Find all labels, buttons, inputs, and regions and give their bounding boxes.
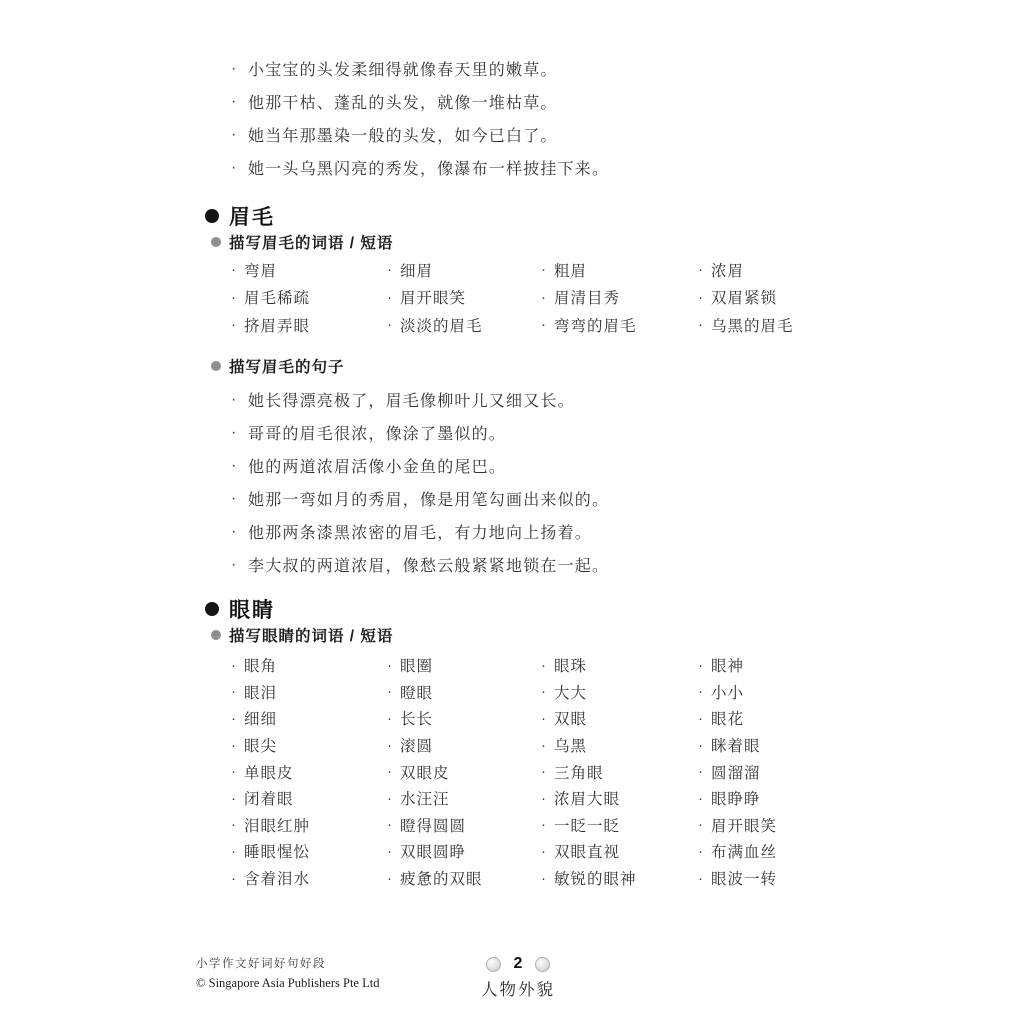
- bullet-icon: ·: [387, 738, 400, 753]
- list-item: · 他的两道浓眉活像小金鱼的尾巴。: [231, 449, 609, 482]
- bullet-icon: ·: [541, 764, 554, 779]
- word-item: ·瞪得圆圆: [387, 812, 541, 839]
- bullet-icon: ·: [698, 317, 711, 332]
- word-text: 眉开眼笑: [400, 286, 466, 308]
- word-text: 眉清目秀: [554, 286, 620, 308]
- word-text: 双眼: [554, 707, 587, 729]
- word-text: 粗眉: [554, 259, 587, 281]
- bullet-icon: ·: [231, 844, 244, 859]
- word-item: ·疲惫的双眼: [387, 865, 541, 892]
- footer-imprint: 小学作文好词好句好段 © Singapore Asia Publishers P…: [196, 955, 379, 991]
- word-item: ·眉清目秀: [541, 284, 698, 312]
- bullet-icon: ·: [387, 684, 400, 699]
- word-item: ·眉毛稀疏: [231, 284, 387, 312]
- chapter-tab-label: 人物外貌: [481, 976, 555, 1000]
- word-text: 双眼皮: [400, 761, 450, 783]
- word-item: ·挤眉弄眼: [231, 311, 387, 339]
- list-item: · 她一头乌黑闪亮的秀发，像瀑布一样披挂下来。: [231, 151, 609, 184]
- bullet-icon: ·: [541, 817, 554, 832]
- bullet-icon: ·: [231, 425, 248, 441]
- subsection-dot-icon: [211, 630, 221, 640]
- word-text: 敏锐的眼神: [554, 867, 637, 889]
- copyright-notice: © Singapore Asia Publishers Pte Ltd: [196, 976, 379, 991]
- section-dot-icon: [205, 209, 219, 223]
- bullet-icon: ·: [698, 290, 711, 305]
- word-item: ·眼角: [231, 652, 387, 679]
- word-item: ·小小: [698, 679, 858, 706]
- word-item: ·弯弯的眉毛: [541, 311, 698, 339]
- word-item: ·含着泪水: [231, 865, 387, 892]
- subheading-text: 描写眉毛的句子: [229, 355, 345, 377]
- word-item: ·敏锐的眼神: [541, 865, 698, 892]
- word-text: 眉毛稀疏: [244, 286, 310, 308]
- bullet-icon: ·: [387, 262, 400, 277]
- word-item: ·乌黑的眉毛: [698, 311, 858, 339]
- word-item: ·滚圆: [387, 732, 541, 759]
- bullet-icon: ·: [541, 844, 554, 859]
- bullet-icon: ·: [231, 684, 244, 699]
- word-item: ·单眼皮: [231, 758, 387, 785]
- bullet-icon: ·: [231, 160, 248, 176]
- bullet-icon: ·: [231, 817, 244, 832]
- word-text: 圆溜溜: [711, 761, 761, 783]
- word-item: ·眼花: [698, 705, 858, 732]
- word-item: ·布满血丝: [698, 838, 858, 865]
- word-item: ·眼睁睁: [698, 785, 858, 812]
- word-item: ·双眉紧锁: [698, 284, 858, 312]
- word-item: ·乌黑: [541, 732, 698, 759]
- bullet-icon: ·: [231, 658, 244, 673]
- bullet-icon: ·: [541, 290, 554, 305]
- word-text: 水汪汪: [400, 787, 450, 809]
- list-item: · 他那干枯、蓬乱的头发，就像一堆枯草。: [231, 85, 609, 118]
- section-title-text: 眼睛: [229, 594, 275, 624]
- word-item: ·圆溜溜: [698, 758, 858, 785]
- word-item: ·泪眼红肿: [231, 812, 387, 839]
- bullet-icon: ·: [231, 61, 248, 77]
- bullet-icon: ·: [541, 684, 554, 699]
- word-text: 闭着眼: [244, 787, 294, 809]
- word-item: ·睡眼惺忪: [231, 838, 387, 865]
- word-item: ·淡淡的眉毛: [387, 311, 541, 339]
- bullet-icon: ·: [231, 791, 244, 806]
- section-title-text: 眉毛: [229, 201, 275, 231]
- list-item: · 她当年那墨染一般的头发，如今已白了。: [231, 118, 609, 151]
- book-title: 小学作文好词好句好段: [196, 955, 379, 971]
- eyebrow-word-grid: ·弯眉 ·细眉 ·粗眉 ·浓眉 ·眉毛稀疏 ·眉开眼笑 ·眉清目秀 ·双眉紧锁 …: [231, 256, 858, 339]
- bullet-icon: ·: [698, 844, 711, 859]
- word-text: 滚圆: [400, 734, 433, 756]
- document-page: · 小宝宝的头发柔细得就像春天里的嫩草。 · 他那干枯、蓬乱的头发，就像一堆枯草…: [0, 0, 1024, 1024]
- subheading-eye-words: 描写眼睛的词语 / 短语: [211, 624, 393, 646]
- section-title-eyes: 眼睛: [205, 594, 275, 624]
- page-number: 2: [514, 955, 523, 973]
- word-item: ·三角眼: [541, 758, 698, 785]
- bullet-icon: ·: [698, 684, 711, 699]
- word-text: 眼尖: [244, 734, 277, 756]
- word-text: 眼睁睁: [711, 787, 761, 809]
- sentence-text: 她当年那墨染一般的头发，如今已白了。: [248, 123, 558, 146]
- subsection-dot-icon: [211, 237, 221, 247]
- word-text: 大大: [554, 681, 587, 703]
- word-text: 双眼直视: [554, 840, 620, 862]
- sentence-text: 他的两道浓眉活像小金鱼的尾巴。: [248, 454, 506, 477]
- bullet-icon: ·: [387, 764, 400, 779]
- subheading-eyebrow-sentences: 描写眉毛的句子: [211, 355, 345, 377]
- word-text: 浓眉: [711, 259, 744, 281]
- bullet-icon: ·: [231, 94, 248, 110]
- eyebrow-sentence-list: · 她长得漂亮极了，眉毛像柳叶儿又细又长。 · 哥哥的眉毛很浓，像涂了墨似的。 …: [231, 383, 609, 581]
- bullet-icon: ·: [541, 791, 554, 806]
- word-text: 泪眼红肿: [244, 814, 310, 836]
- bullet-icon: ·: [698, 658, 711, 673]
- word-text: 眼珠: [554, 654, 587, 676]
- word-text: 弯弯的眉毛: [554, 314, 637, 336]
- bullet-icon: ·: [698, 871, 711, 886]
- word-item: ·长长: [387, 705, 541, 732]
- bullet-icon: ·: [231, 290, 244, 305]
- word-text: 乌黑的眉毛: [711, 314, 794, 336]
- word-text: 眼波一转: [711, 867, 777, 889]
- bullet-icon: ·: [231, 392, 248, 408]
- word-text: 疲惫的双眼: [400, 867, 483, 889]
- bullet-icon: ·: [231, 491, 248, 507]
- bullet-icon: ·: [231, 557, 248, 573]
- bullet-icon: ·: [698, 817, 711, 832]
- bullet-icon: ·: [698, 711, 711, 726]
- word-item: ·浓眉: [698, 256, 858, 284]
- footer-page-number: 2 人物外貌: [450, 955, 586, 1000]
- word-item: ·眼泪: [231, 679, 387, 706]
- word-item: ·眼圈: [387, 652, 541, 679]
- word-text: 长长: [400, 707, 433, 729]
- sentence-text: 李大叔的两道浓眉，像愁云般紧紧地锁在一起。: [248, 553, 609, 576]
- word-text: 小小: [711, 681, 744, 703]
- sentence-text: 他那两条漆黑浓密的眉毛，有力地向上扬着。: [248, 520, 592, 543]
- word-item: ·闭着眼: [231, 785, 387, 812]
- word-text: 眯着眼: [711, 734, 761, 756]
- bullet-icon: ·: [541, 262, 554, 277]
- bullet-icon: ·: [231, 764, 244, 779]
- word-text: 挤眉弄眼: [244, 314, 310, 336]
- sentence-text: 哥哥的眉毛很浓，像涂了墨似的。: [248, 421, 506, 444]
- bullet-icon: ·: [231, 871, 244, 886]
- word-item: ·眼珠: [541, 652, 698, 679]
- word-text: 睡眼惺忪: [244, 840, 310, 862]
- word-item: ·双眼: [541, 705, 698, 732]
- word-text: 眼花: [711, 707, 744, 729]
- word-item: ·瞪眼: [387, 679, 541, 706]
- section-title-eyebrows: 眉毛: [205, 201, 275, 231]
- list-item: · 她那一弯如月的秀眉，像是用笔勾画出来似的。: [231, 482, 609, 515]
- word-item: ·细细: [231, 705, 387, 732]
- word-item: ·双眼圆睁: [387, 838, 541, 865]
- sentence-text: 他那干枯、蓬乱的头发，就像一堆枯草。: [248, 90, 558, 113]
- bullet-icon: ·: [698, 738, 711, 753]
- bullet-icon: ·: [231, 317, 244, 332]
- sentence-text: 她那一弯如月的秀眉，像是用笔勾画出来似的。: [248, 487, 609, 510]
- word-text: 布满血丝: [711, 840, 777, 862]
- word-text: 浓眉大眼: [554, 787, 620, 809]
- hair-sentence-list: · 小宝宝的头发柔细得就像春天里的嫩草。 · 他那干枯、蓬乱的头发，就像一堆枯草…: [231, 52, 609, 184]
- word-item: ·眼尖: [231, 732, 387, 759]
- bullet-icon: ·: [231, 127, 248, 143]
- word-text: 眼泪: [244, 681, 277, 703]
- bullet-icon: ·: [387, 658, 400, 673]
- word-item: ·眉开眼笑: [387, 284, 541, 312]
- list-item: · 李大叔的两道浓眉，像愁云般紧紧地锁在一起。: [231, 548, 609, 581]
- word-item: ·弯眉: [231, 256, 387, 284]
- list-item: · 他那两条漆黑浓密的眉毛，有力地向上扬着。: [231, 515, 609, 548]
- word-text: 含着泪水: [244, 867, 310, 889]
- bullet-icon: ·: [387, 290, 400, 305]
- bullet-icon: ·: [698, 791, 711, 806]
- list-item: · 小宝宝的头发柔细得就像春天里的嫩草。: [231, 52, 609, 85]
- word-text: 一眨一眨: [554, 814, 620, 836]
- page-number-row: 2: [486, 955, 551, 973]
- bullet-icon: ·: [541, 738, 554, 753]
- bullet-icon: ·: [698, 764, 711, 779]
- word-item: ·浓眉大眼: [541, 785, 698, 812]
- subheading-text: 描写眼睛的词语 / 短语: [229, 624, 393, 646]
- bullet-icon: ·: [541, 871, 554, 886]
- bullet-icon: ·: [231, 458, 248, 474]
- word-item: ·一眨一眨: [541, 812, 698, 839]
- word-text: 眉开眼笑: [711, 814, 777, 836]
- bullet-icon: ·: [231, 262, 244, 277]
- word-item: ·眉开眼笑: [698, 812, 858, 839]
- bullet-icon: ·: [541, 711, 554, 726]
- word-text: 三角眼: [554, 761, 604, 783]
- bullet-icon: ·: [231, 738, 244, 753]
- bullet-icon: ·: [387, 817, 400, 832]
- word-text: 乌黑: [554, 734, 587, 756]
- bead-ornament-icon: [535, 957, 550, 972]
- bullet-icon: ·: [231, 711, 244, 726]
- eye-word-grid: ·眼角 ·眼圈 ·眼珠 ·眼神 ·眼泪 ·瞪眼 ·大大 ·小小 ·细细 ·长长 …: [231, 652, 858, 891]
- sentence-text: 她一头乌黑闪亮的秀发，像瀑布一样披挂下来。: [248, 156, 609, 179]
- word-text: 弯眉: [244, 259, 277, 281]
- word-text: 眼神: [711, 654, 744, 676]
- bullet-icon: ·: [387, 317, 400, 332]
- bullet-icon: ·: [387, 791, 400, 806]
- bullet-icon: ·: [387, 844, 400, 859]
- word-text: 细细: [244, 707, 277, 729]
- bullet-icon: ·: [541, 317, 554, 332]
- word-text: 瞪得圆圆: [400, 814, 466, 836]
- sentence-text: 她长得漂亮极了，眉毛像柳叶儿又细又长。: [248, 388, 575, 411]
- list-item: · 她长得漂亮极了，眉毛像柳叶儿又细又长。: [231, 383, 609, 416]
- word-item: ·眼神: [698, 652, 858, 679]
- word-text: 瞪眼: [400, 681, 433, 703]
- word-text: 单眼皮: [244, 761, 294, 783]
- word-text: 眼圈: [400, 654, 433, 676]
- word-item: ·大大: [541, 679, 698, 706]
- word-item: ·水汪汪: [387, 785, 541, 812]
- word-text: 双眉紧锁: [711, 286, 777, 308]
- subheading-text: 描写眉毛的词语 / 短语: [229, 231, 393, 253]
- word-item: ·粗眉: [541, 256, 698, 284]
- list-item: · 哥哥的眉毛很浓，像涂了墨似的。: [231, 416, 609, 449]
- word-item: ·双眼直视: [541, 838, 698, 865]
- subheading-eyebrow-words: 描写眉毛的词语 / 短语: [211, 231, 393, 253]
- word-text: 双眼圆睁: [400, 840, 466, 862]
- word-item: ·眼波一转: [698, 865, 858, 892]
- subsection-dot-icon: [211, 361, 221, 371]
- word-text: 细眉: [400, 259, 433, 281]
- bullet-icon: ·: [698, 262, 711, 277]
- word-text: 眼角: [244, 654, 277, 676]
- word-item: ·眯着眼: [698, 732, 858, 759]
- section-dot-icon: [205, 602, 219, 616]
- word-item: ·双眼皮: [387, 758, 541, 785]
- word-item: ·细眉: [387, 256, 541, 284]
- bullet-icon: ·: [231, 524, 248, 540]
- bullet-icon: ·: [541, 658, 554, 673]
- word-text: 淡淡的眉毛: [400, 314, 483, 336]
- bead-ornament-icon: [486, 957, 501, 972]
- bullet-icon: ·: [387, 871, 400, 886]
- bullet-icon: ·: [387, 711, 400, 726]
- sentence-text: 小宝宝的头发柔细得就像春天里的嫩草。: [248, 57, 558, 80]
